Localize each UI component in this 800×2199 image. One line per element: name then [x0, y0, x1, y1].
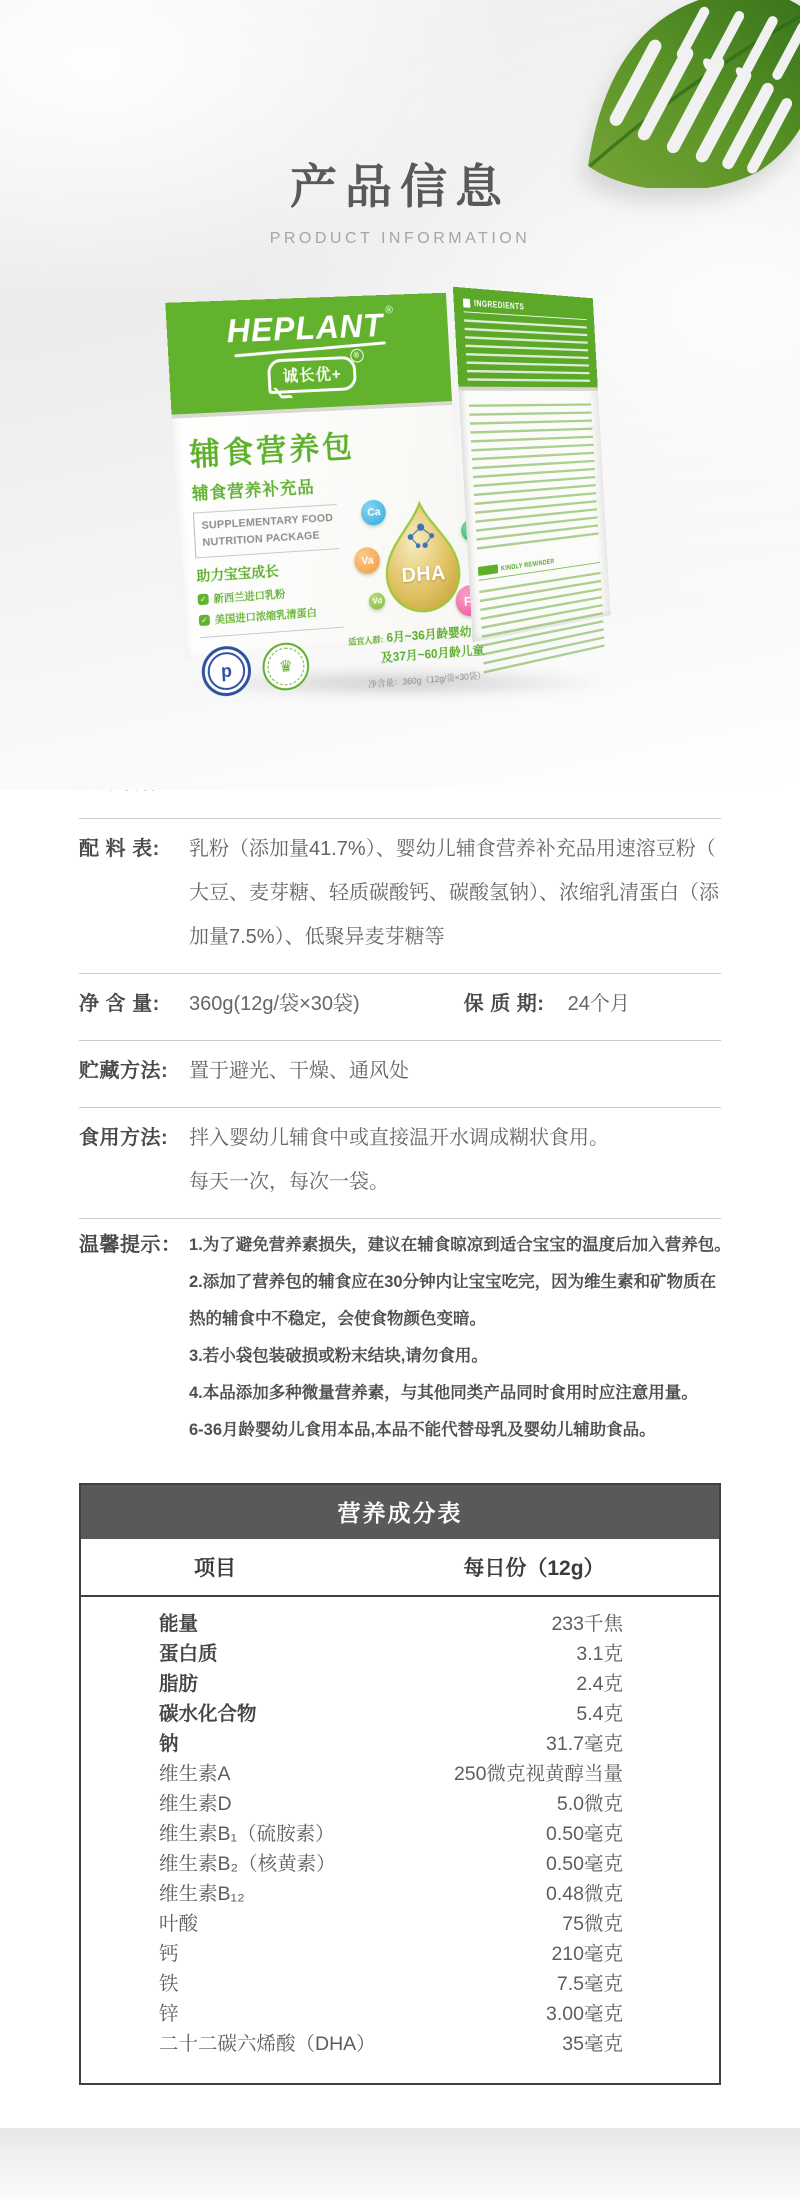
page-subtitle: PRODUCT INFORMATION [0, 230, 800, 248]
table-row: 能量233千焦 [81, 1609, 719, 1639]
info-value: 360g(12g/袋×30袋) [189, 982, 360, 1026]
product-info-page: 产品信息 PRODUCT INFORMATION HEPLANT® 诚长优+ ® [0, 0, 800, 2199]
side-fine-print-green [469, 403, 599, 555]
table-row: 蛋白质3.1克 [81, 1639, 719, 1669]
feature-item: ✓ 美国进口浓缩乳清蛋白 [199, 603, 343, 628]
table-row: 维生素A250微克视黄醇当量 [81, 1759, 719, 1789]
blue-seal-badge: p [200, 644, 252, 698]
registered-mark-icon: ® [350, 349, 364, 363]
box-slogan: 助力宝宝成长 [196, 557, 341, 586]
info-row-tips: 温馨提示： 1.为了避免营养素损失，建议在辅食晾凉到适合宝宝的温度后加入营养包。… [79, 1219, 721, 1471]
table-row: 铁7.5毫克 [81, 1969, 719, 1999]
info-value: 1.为了避免营养素损失，建议在辅食晾凉到适合宝宝的温度后加入营养包。 2.添加了… [189, 1227, 731, 1449]
nutrition-table-header: 项目 每日份（12g） [81, 1539, 719, 1597]
nutrition-table-body: 能量233千焦 蛋白质3.1克 脂肪2.4克 碳水化合物5.4克 钠31.7毫克… [81, 1597, 719, 2083]
info-row-usage: 食用方法: 拌入婴幼儿辅食中或直接温开水调成糊状食用。 每天一次，每次一袋。 [79, 1108, 721, 1219]
table-row: 维生素B₂（核黄素）0.50毫克 [81, 1849, 719, 1879]
logo-text: 诚长优+ [282, 366, 342, 385]
column-header-item: 项目 [81, 1552, 349, 1582]
info-row-net-content: 净 含 量: 360g(12g/袋×30袋) 保 质 期: 24个月 [79, 974, 721, 1041]
info-row-ingredients: 配 料 表: 乳粉（添加量41.7%）、婴幼儿辅食营养补充品用速溶豆粉（ 大豆、… [79, 819, 721, 974]
info-label: 保 质 期: [464, 982, 568, 1026]
ingredients-icon [463, 298, 470, 307]
info-label: 净 含 量: [79, 982, 189, 1026]
info-row-shelf-life: 保 质 期: 24个月 [464, 982, 630, 1026]
page-title: 产品信息 [0, 150, 800, 217]
box-front-body: 辅食营养包 辅食营养补充品 SUPPLEMENTARY FOOD NUTRITI… [172, 405, 468, 705]
feature-item: ✓ 新西兰进口乳粉 [197, 582, 342, 607]
check-icon: ✓ [199, 614, 210, 626]
table-row: 维生素B₁₂0.48微克 [81, 1879, 719, 1909]
reminder-tag-icon [478, 564, 498, 576]
info-value: 乳粉（添加量41.7%）、婴幼儿辅食营养补充品用速溶豆粉（ 大豆、麦芽糖、轻质碳… [189, 827, 721, 959]
info-label: 配 料 表: [79, 827, 189, 871]
table-row: 碳水化合物5.4克 [81, 1699, 719, 1729]
check-icon: ✓ [197, 594, 208, 606]
side-fine-print-green [479, 572, 605, 676]
box-product-name: 辅食营养包 [188, 417, 444, 475]
info-label: 贮藏方法: [79, 1049, 189, 1093]
box-side-face: INGREDIENTS KINDLY REMINDER [453, 287, 611, 642]
info-value: 拌入婴幼儿辅食中或直接温开水调成糊状食用。 每天一次，每次一袋。 [189, 1116, 721, 1204]
box-feature-list: 助力宝宝成长 ✓ 新西兰进口乳粉 ✓ 美国进口浓缩乳清蛋白 [196, 557, 344, 638]
box-side-body: KINDLY REMINDER [459, 391, 613, 679]
table-row: 锌3.00毫克 [81, 1999, 719, 2029]
table-row: 钠31.7毫克 [81, 1729, 719, 1759]
table-row: 维生素B₁（硫胺素）0.50毫克 [81, 1819, 719, 1849]
registered-mark-icon: ® [385, 304, 393, 316]
box-side-green-band: INGREDIENTS [453, 287, 598, 391]
table-row: 二十二碳六烯酸（DHA）35毫克 [81, 2029, 719, 2059]
info-value: 24个月 [568, 982, 630, 1026]
box-front-face: HEPLANT® 诚长优+ ® 辅食营养包 辅食营养补充品 SUPPLEMEN [165, 293, 465, 659]
logo-bubble: 诚长优+ ® [267, 356, 357, 394]
info-label: 温馨提示： [79, 1227, 189, 1264]
certification-badges: p ♛ [200, 637, 346, 698]
ingredients-heading: INGREDIENTS [463, 297, 587, 320]
dha-droplet-graphic: DHA Ca Zn Fe Va Vd [365, 496, 481, 626]
box-front-left-column: SUPPLEMENTARY FOOD NUTRITION PACKAGE 助力宝… [193, 504, 347, 704]
info-value: 置于避光、干燥、通风处 [189, 1049, 721, 1093]
dha-label: DHA [401, 562, 446, 588]
info-label: 食用方法: [79, 1116, 189, 1160]
box-english-name: SUPPLEMENTARY FOOD NUTRITION PACKAGE [193, 504, 339, 558]
table-row: 维生素D5.0微克 [81, 1789, 719, 1819]
green-laurel-badge: ♛ [261, 641, 310, 692]
column-header-daily: 每日份（12g） [349, 1552, 719, 1582]
box-front-right-column: DHA Ca Zn Fe Va Vd 适宜人群: 6月~36月龄婴幼儿 [337, 496, 486, 693]
nutrition-facts-table: 营养成分表 项目 每日份（12g） 能量233千焦 蛋白质3.1克 脂肪2.4克… [79, 1483, 721, 2085]
box-front-green-band: HEPLANT® 诚长优+ ® [165, 293, 452, 419]
bottom-gradient-band [0, 2128, 800, 2199]
nutrition-table-title: 营养成分表 [81, 1485, 719, 1539]
table-row: 脂肪2.4克 [81, 1669, 719, 1699]
table-row: 钙210毫克 [81, 1939, 719, 1969]
product-info-list: 产品名称: 酸性乳糖酶调制乳粉 配 料 表: 乳粉（添加量41.7%）、婴幼儿辅… [79, 752, 721, 1471]
header: 产品信息 PRODUCT INFORMATION [0, 0, 800, 248]
side-fine-print-white [464, 319, 590, 382]
product-box-photo: HEPLANT® 诚长优+ ® 辅食营养包 辅食营养补充品 SUPPLEMEN [0, 290, 800, 722]
info-row-storage: 贮藏方法: 置于避光、干燥、通风处 [79, 1041, 721, 1108]
product-box-3d: HEPLANT® 诚长优+ ® 辅食营养包 辅食营养补充品 SUPPLEMEN [165, 278, 634, 663]
table-row: 叶酸75微克 [81, 1909, 719, 1939]
